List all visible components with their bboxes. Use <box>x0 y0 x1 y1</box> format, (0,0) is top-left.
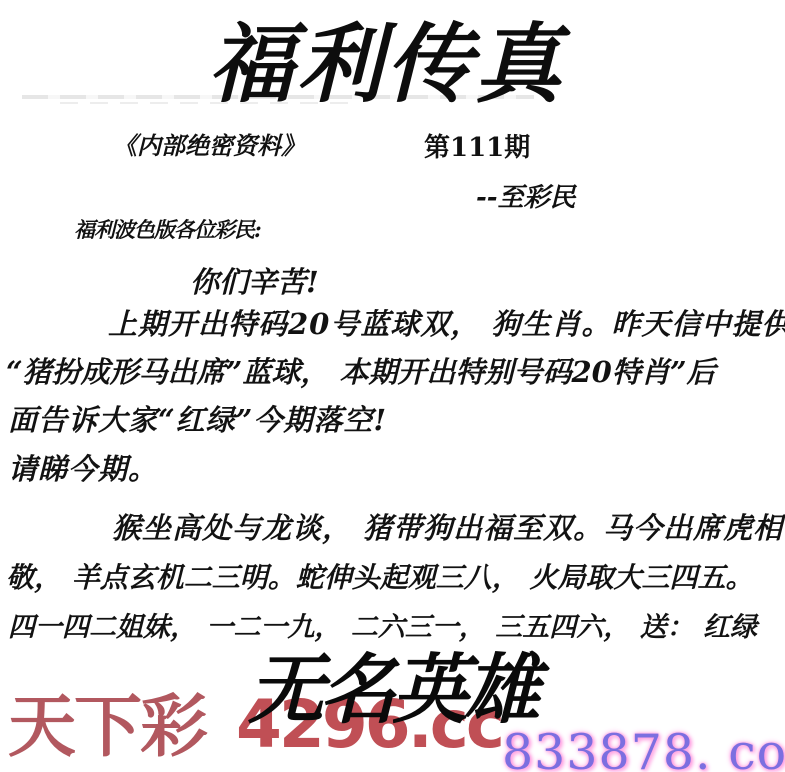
paragraph2-line3: 四一四二姐妹， 一二一九， 二六三一， 三五四六， 送： 红绿 <box>8 614 757 641</box>
document-page: 福利传真 《内部绝密资料》 第111期 --至彩民 福利波色版各位彩民: 你们辛… <box>0 0 785 772</box>
watermark-brand-tianxiacai: 天下彩 <box>8 694 206 762</box>
paragraph1-line1: 上期开出特码20号蓝球双， 狗生肖。昨天信中提供 <box>108 310 785 339</box>
subtitle-confidential: 《内部绝密资料》 <box>113 134 305 158</box>
paragraph2-line2: 敬， 羊点玄机二三明。蛇伸头起观三八， 火局取大三四五。 <box>6 564 754 592</box>
issue-number: 第111期 <box>424 135 530 161</box>
paragraph1-line2: “猪扮成形马出席”蓝球， 本期开出特别号码20特肖”后 <box>6 358 716 387</box>
paragraph1-line4: 请睇今期。 <box>8 455 158 484</box>
paragraph2-line1: 猴坐高处与龙谈， 猪带狗出福至双。马今出席虎相 <box>112 514 783 543</box>
salutation-to-bettors: --至彩民 <box>476 185 576 211</box>
greeting-line: 福利波色版各位彩民: <box>74 219 261 240</box>
watermark-site-833878com: 833878. com <box>502 728 785 772</box>
page-title: 福利传真 <box>208 22 564 108</box>
paragraph1-line3: 面告诉大家“红绿”今期落空! <box>8 406 387 435</box>
opening-line: 你们辛苦! <box>190 268 319 297</box>
signature-calligraphy: 无名英雄 <box>248 652 536 728</box>
